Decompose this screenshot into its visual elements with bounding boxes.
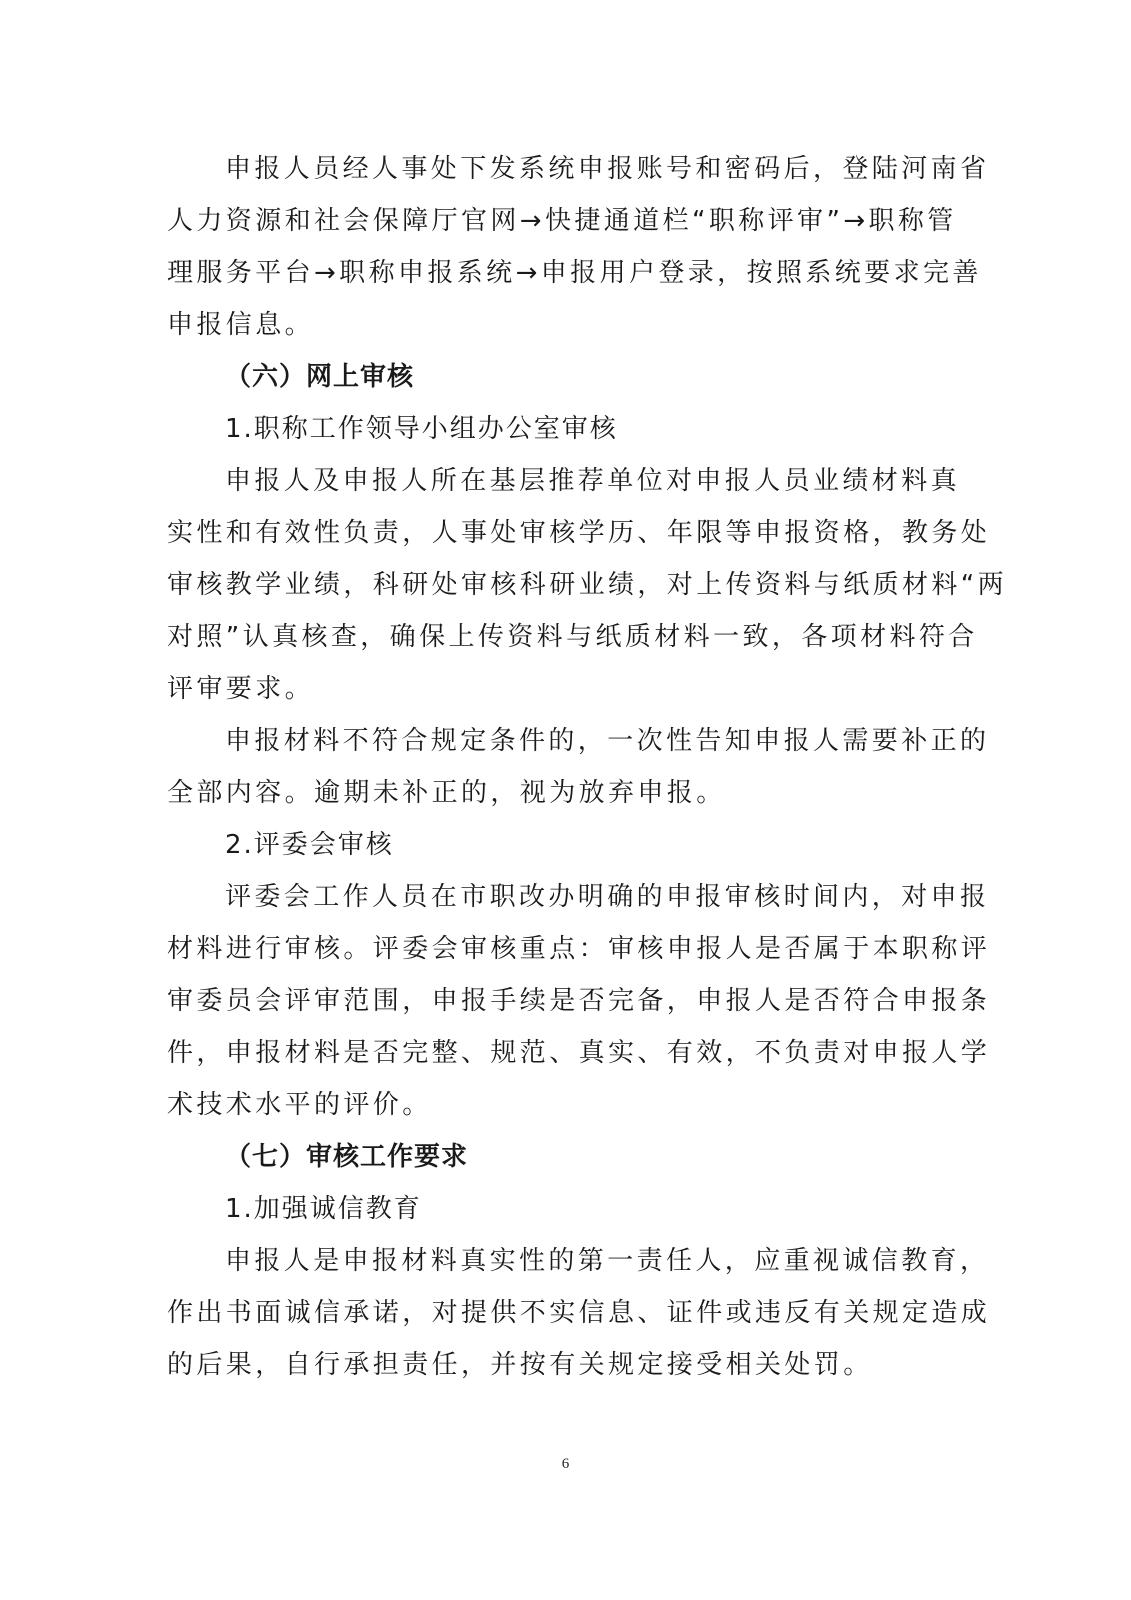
paragraph-line: 人力资源和社会保障厅官网→快捷通道栏“职称评审”→职称管	[167, 195, 943, 247]
paragraph-line: 评委会工作人员在市职改办明确的申报审核时间内，对申报	[167, 871, 943, 923]
subsection-heading: 1.加强诚信教育	[167, 1183, 943, 1235]
paragraph-line: 件，申报材料是否完整、规范、真实、有效，不负责对申报人学	[167, 1027, 943, 1079]
paragraph-line: 申报人员经人事处下发系统申报账号和密码后，登陆河南省	[167, 143, 943, 195]
paragraph-line: 全部内容。逾期未补正的，视为放弃申报。	[167, 767, 943, 819]
section-heading-6: （六）网上审核	[167, 351, 943, 403]
document-page: 申报人员经人事处下发系统申报账号和密码后，登陆河南省 人力资源和社会保障厅官网→…	[167, 143, 943, 1391]
page-number: 6	[0, 1456, 1131, 1473]
subsection-heading: 1.职称工作领导小组办公室审核	[167, 403, 943, 455]
paragraph-line: 对照”认真核查，确保上传资料与纸质材料一致，各项材料符合	[167, 611, 943, 663]
paragraph-line: 审核教学业绩，科研处审核科研业绩，对上传资料与纸质材料“两	[167, 559, 943, 611]
paragraph-line: 作出书面诚信承诺，对提供不实信息、证件或违反有关规定造成	[167, 1287, 943, 1339]
paragraph-line: 评审要求。	[167, 663, 943, 715]
paragraph-line: 申报人及申报人所在基层推荐单位对申报人员业绩材料真	[167, 455, 943, 507]
paragraph-line: 申报人是申报材料真实性的第一责任人，应重视诚信教育，	[167, 1235, 943, 1287]
paragraph-line: 实性和有效性负责，人事处审核学历、年限等申报资格，教务处	[167, 507, 943, 559]
section-heading-7: （七）审核工作要求	[167, 1131, 943, 1183]
paragraph-line: 术技术水平的评价。	[167, 1079, 943, 1131]
subsection-heading: 2.评委会审核	[167, 819, 943, 871]
paragraph-line: 的后果，自行承担责任，并按有关规定接受相关处罚。	[167, 1339, 943, 1391]
paragraph-line: 申报材料不符合规定条件的，一次性告知申报人需要补正的	[167, 715, 943, 767]
paragraph-line: 审委员会评审范围，申报手续是否完备，申报人是否符合申报条	[167, 975, 943, 1027]
paragraph-line: 材料进行审核。评委会审核重点：审核申报人是否属于本职称评	[167, 923, 943, 975]
paragraph-line: 申报信息。	[167, 299, 943, 351]
paragraph-line: 理服务平台→职称申报系统→申报用户登录，按照系统要求完善	[167, 247, 943, 299]
